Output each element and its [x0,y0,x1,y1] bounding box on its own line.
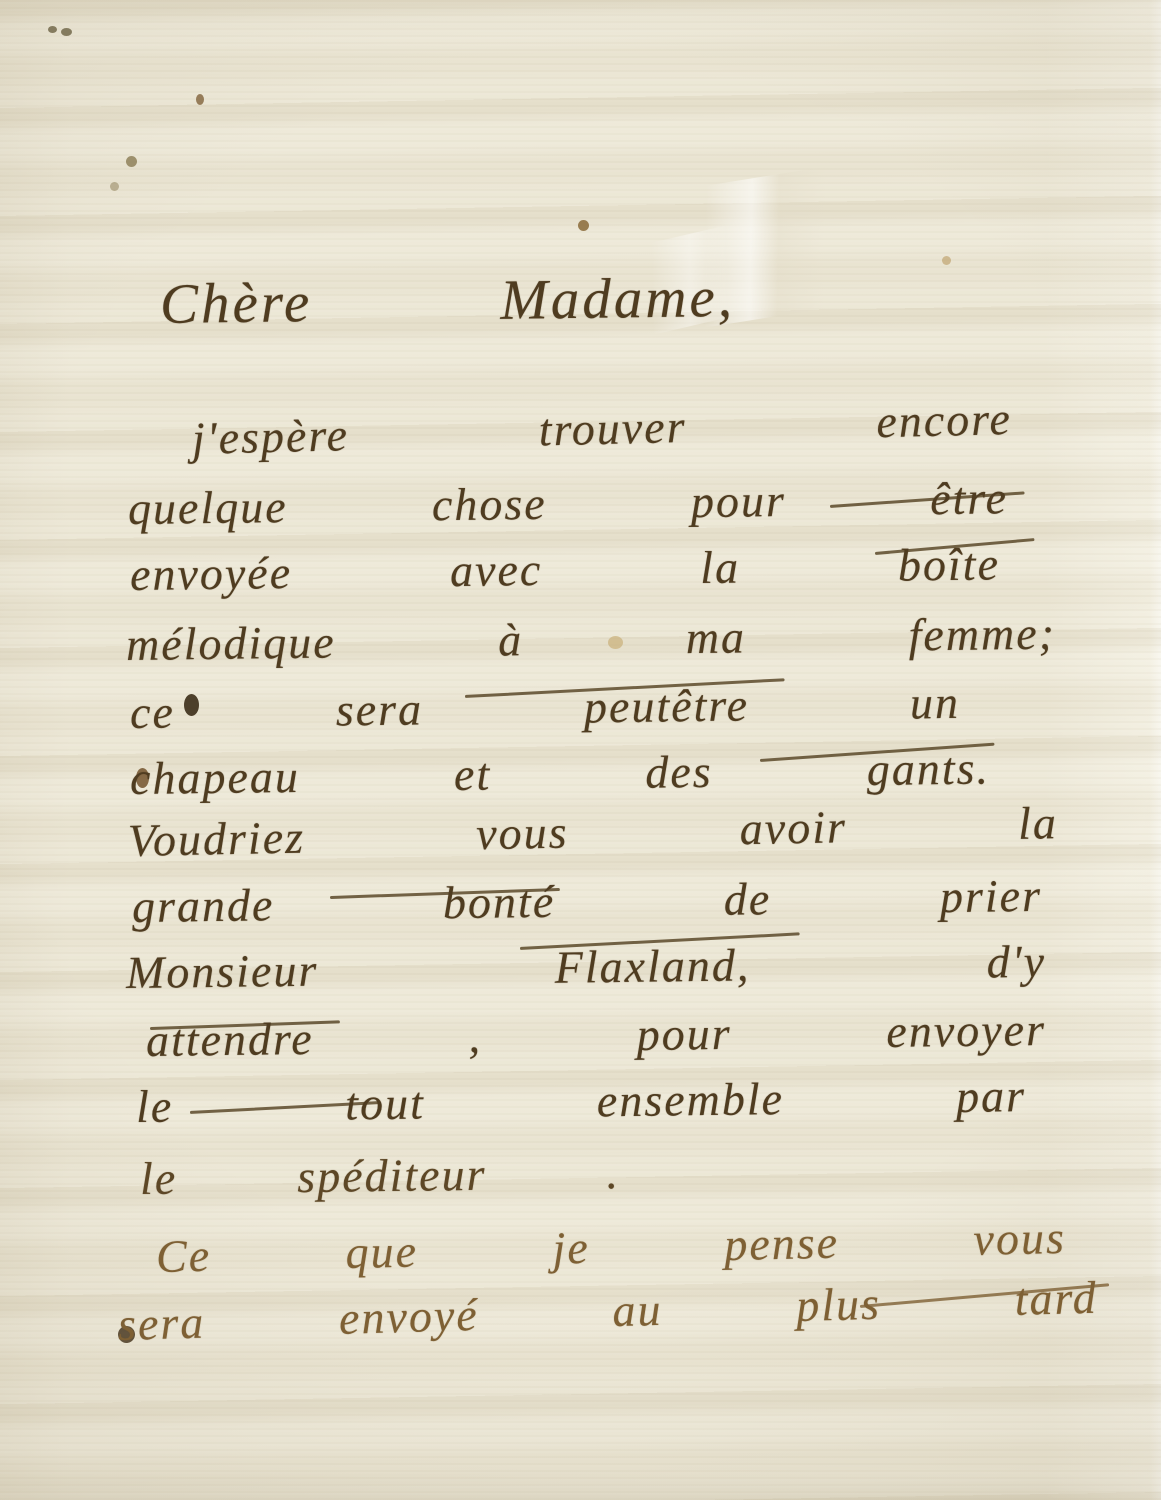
handwritten-line: ce sera peutêtre un [130,676,961,739]
salutation: Chère Madame, [160,265,736,337]
letter-photo: Chère Madame, j'espère trouver encore qu… [0,0,1161,1500]
handwritten-line: le tout ensemble par [136,1069,1027,1133]
handwritten-line: grande bonté de prier [132,869,1043,933]
handwritten-line: chapeau et des gants. [130,741,991,805]
handwritten-line: quelque chose pour être [128,471,1009,535]
handwritten-line: le spéditeur . [140,1146,621,1205]
handwritten-line: envoyée avec la boîte [130,537,1001,601]
handwritten-line: attendre , pour envoyer [146,1003,1047,1067]
handwritten-line: Monsieur Flaxland, d'y [126,935,1047,999]
